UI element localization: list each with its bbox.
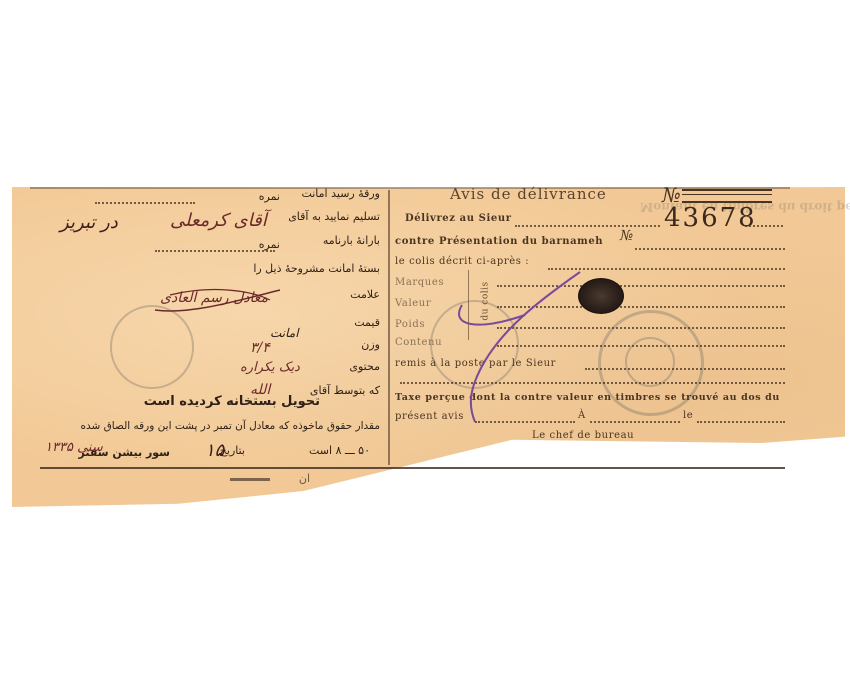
ottoman-baste: بستهٔ امانت مشروحهٔ ذیل را	[253, 262, 380, 275]
label-marques: Marques	[395, 277, 444, 288]
hand-contents: دیک یکراره	[240, 360, 300, 375]
label-contre: contre Présentation du barnameh	[395, 236, 603, 247]
ottoman-tahvil: تحویل بستخانه کردیده است	[144, 394, 320, 409]
hand-sender: الله	[250, 382, 270, 398]
pencil-mark	[440, 270, 620, 430]
number-sign-icon-2: №	[620, 228, 633, 244]
label-chef: Le chef de bureau	[532, 430, 634, 441]
center-divider	[388, 190, 390, 465]
hand-flourish	[150, 280, 290, 320]
label-valeur: Valeur	[395, 298, 431, 309]
hand-date-day: ۱۵	[205, 440, 224, 461]
ottoman-baraname: بارانهٔ بارنامه	[323, 234, 380, 247]
ottoman-vezn: وزن	[361, 338, 380, 351]
label-contenu: Contenu	[395, 337, 442, 348]
ottoman-dots-1	[95, 202, 195, 204]
form-title: Avis de délivrance	[450, 185, 607, 203]
label-delivrez: Délivrez au Sieur	[405, 213, 512, 224]
ottoman-mohtevi: محتوی	[349, 360, 380, 373]
ottoman-numara-1: نمره	[259, 190, 280, 203]
ottoman-amount: ۵۰ ـــ ۸ است	[309, 444, 370, 457]
ottoman-heading: ورقهٔ رسید امانت	[301, 187, 380, 200]
hand-date-note: سنی ۱۳۳۵	[45, 440, 103, 455]
label-poids: Poids	[395, 319, 425, 330]
dots-delivrez-right	[745, 225, 783, 227]
bottom-rule	[40, 467, 785, 469]
ottoman-footer-mark: ان	[299, 472, 310, 485]
hand-recipient: آقای کرمعلی	[170, 210, 267, 231]
number-lines	[682, 189, 772, 203]
ottoman-alamet: علامت	[350, 288, 380, 301]
arrow-icon	[230, 478, 270, 481]
dots-delivrez	[515, 225, 660, 227]
hand-left-margin: در تبریز	[60, 212, 118, 233]
ottoman-tavassut: که بتوسط آقای	[310, 384, 380, 397]
ottoman-kiymet: قیمت	[354, 316, 380, 329]
ottoman-dots-2	[155, 250, 275, 252]
dots-contre	[635, 248, 785, 250]
ottoman-teslim: تسلیم نمایید به آقای	[288, 210, 380, 223]
label-colis: le colis décrit ci-après :	[395, 256, 529, 267]
label-le: le	[683, 410, 693, 421]
dots-le	[697, 421, 785, 423]
hand-amanat: امانت	[270, 326, 299, 340]
hand-weight: ۳/۴	[250, 340, 270, 356]
serial-number: 43678	[664, 203, 757, 233]
ottoman-mikdar: مقدار حقوق ماخوذه که معادل آن تمبر در پش…	[80, 420, 380, 432]
